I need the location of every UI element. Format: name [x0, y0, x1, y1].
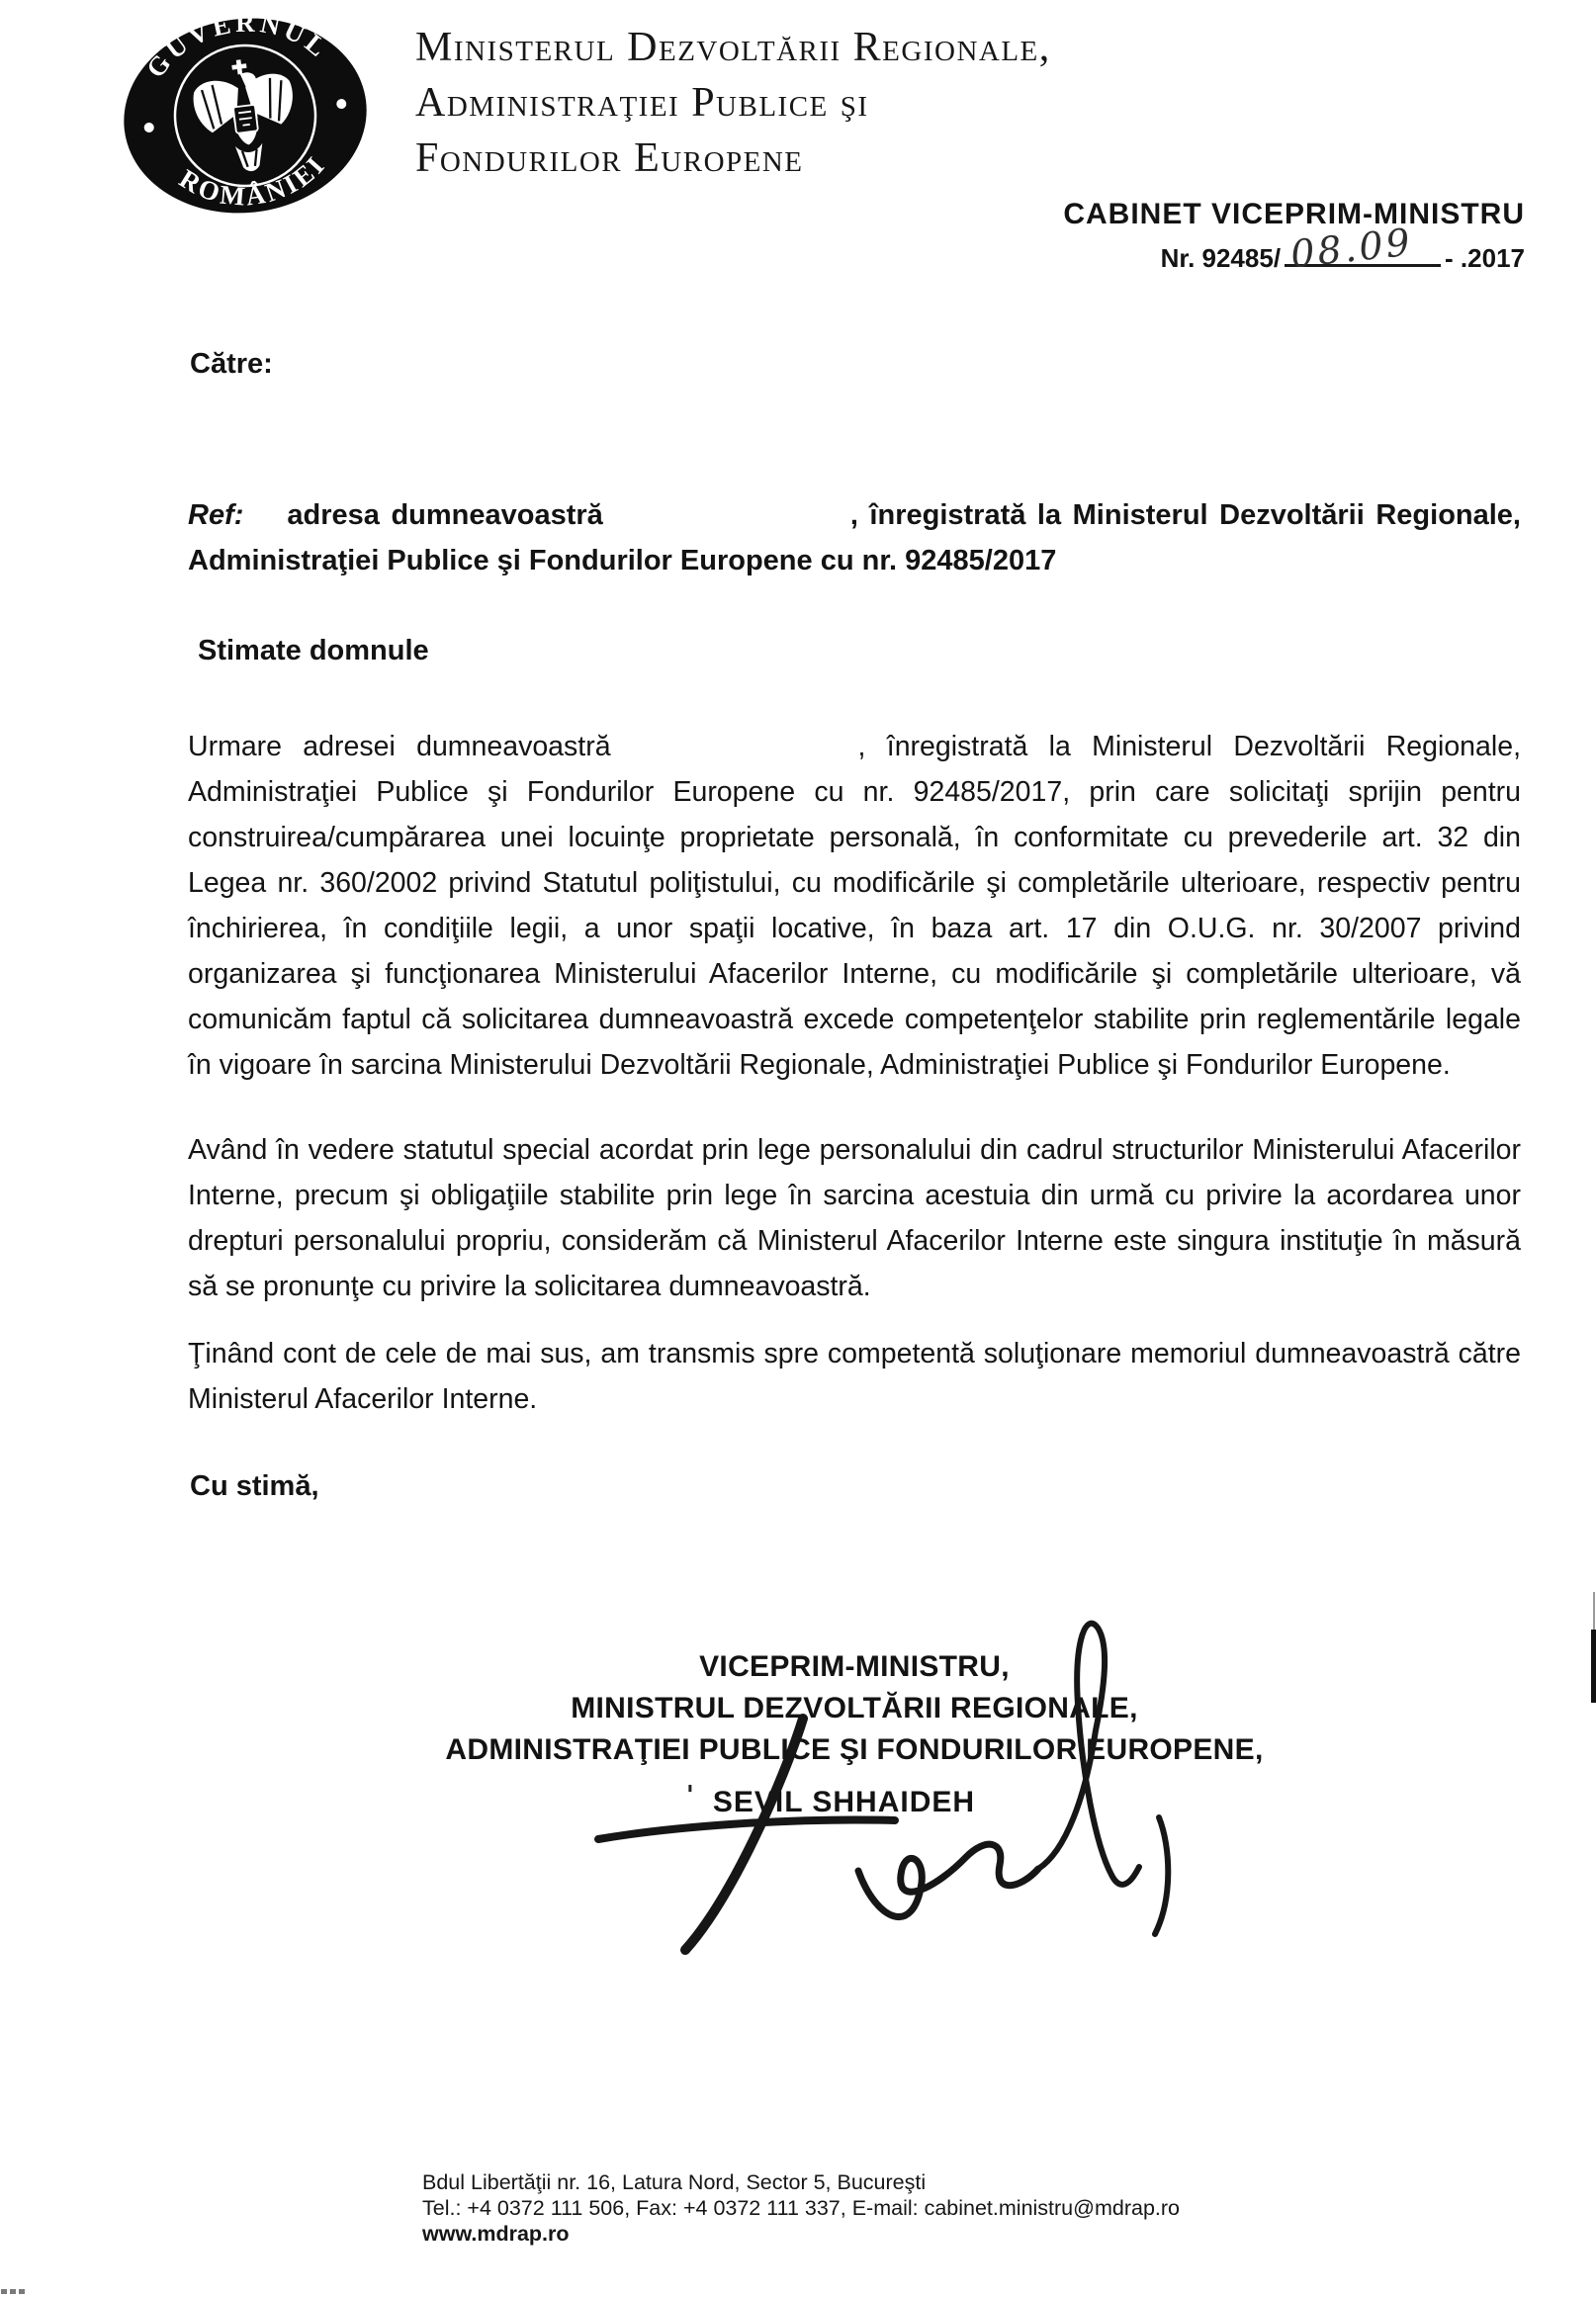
ministry-title-line-1: Ministerul Dezvoltării Regionale,	[415, 20, 1051, 75]
ref-label: Ref:	[188, 499, 243, 531]
registration-number-prefix: Nr. 92485/	[1161, 243, 1281, 273]
to-label: Către:	[190, 348, 273, 381]
ref-text-before: adresa dumneavoastră	[287, 499, 602, 531]
footer: Bdul Libertăţii nr. 16, Latura Nord, Sec…	[422, 2169, 1180, 2247]
closing: Cu stimă,	[190, 1470, 319, 1503]
paragraph-1-after: , înregistrată la Ministerul Dezvoltării…	[188, 731, 1521, 1081]
footer-address: Bdul Libertăţii nr. 16, Latura Nord, Sec…	[422, 2169, 1180, 2195]
scan-artifact-line	[1591, 1630, 1596, 1703]
scanned-letter-page: GUVERNUL ROMÂNIEI	[0, 0, 1596, 2297]
ministry-title-line-2: Administraţiei Publice şi	[415, 75, 1051, 131]
cabinet-block: CABINET VICEPRIM-MINISTRU Nr. 92485/08.0…	[1063, 198, 1525, 274]
body-paragraph-1: Urmare adresei dumneavoastră, înregistra…	[188, 724, 1521, 1088]
date-underline: 08.09	[1285, 234, 1441, 267]
registration-number-line: Nr. 92485/08.09- .2017	[1063, 234, 1525, 274]
redacted-gap	[611, 754, 858, 755]
ministry-title: Ministerul Dezvoltării Regionale, Admini…	[415, 20, 1051, 186]
handwritten-signature-icon	[574, 1602, 1187, 2017]
body-paragraph-3: Ţinând cont de cele de mai sus, am trans…	[188, 1331, 1521, 1422]
redacted-gap	[603, 523, 850, 524]
footer-contacts: Tel.: +4 0372 111 506, Fax: +4 0372 111 …	[422, 2195, 1180, 2221]
footer-website: www.mdrap.ro	[422, 2221, 1180, 2247]
scan-artifact-line-faint	[1593, 1592, 1595, 1632]
guvernul-romaniei-seal-icon: GUVERNUL ROMÂNIEI	[119, 14, 372, 218]
registration-number-suffix: - .2017	[1445, 243, 1525, 273]
cabinet-title: CABINET VICEPRIM-MINISTRU	[1063, 198, 1525, 231]
paragraph-1-before: Urmare adresei dumneavoastră	[188, 731, 611, 762]
scan-artifact-corner-marks	[1, 2289, 25, 2294]
ref-paragraph: Ref:adresa dumneavoastră, înregistrată l…	[188, 492, 1521, 583]
salutation: Stimate domnule	[198, 635, 429, 667]
ministry-title-line-3: Fondurilor Europene	[415, 131, 1051, 186]
body-paragraph-2: Având în vedere statutul special acordat…	[188, 1127, 1521, 1309]
